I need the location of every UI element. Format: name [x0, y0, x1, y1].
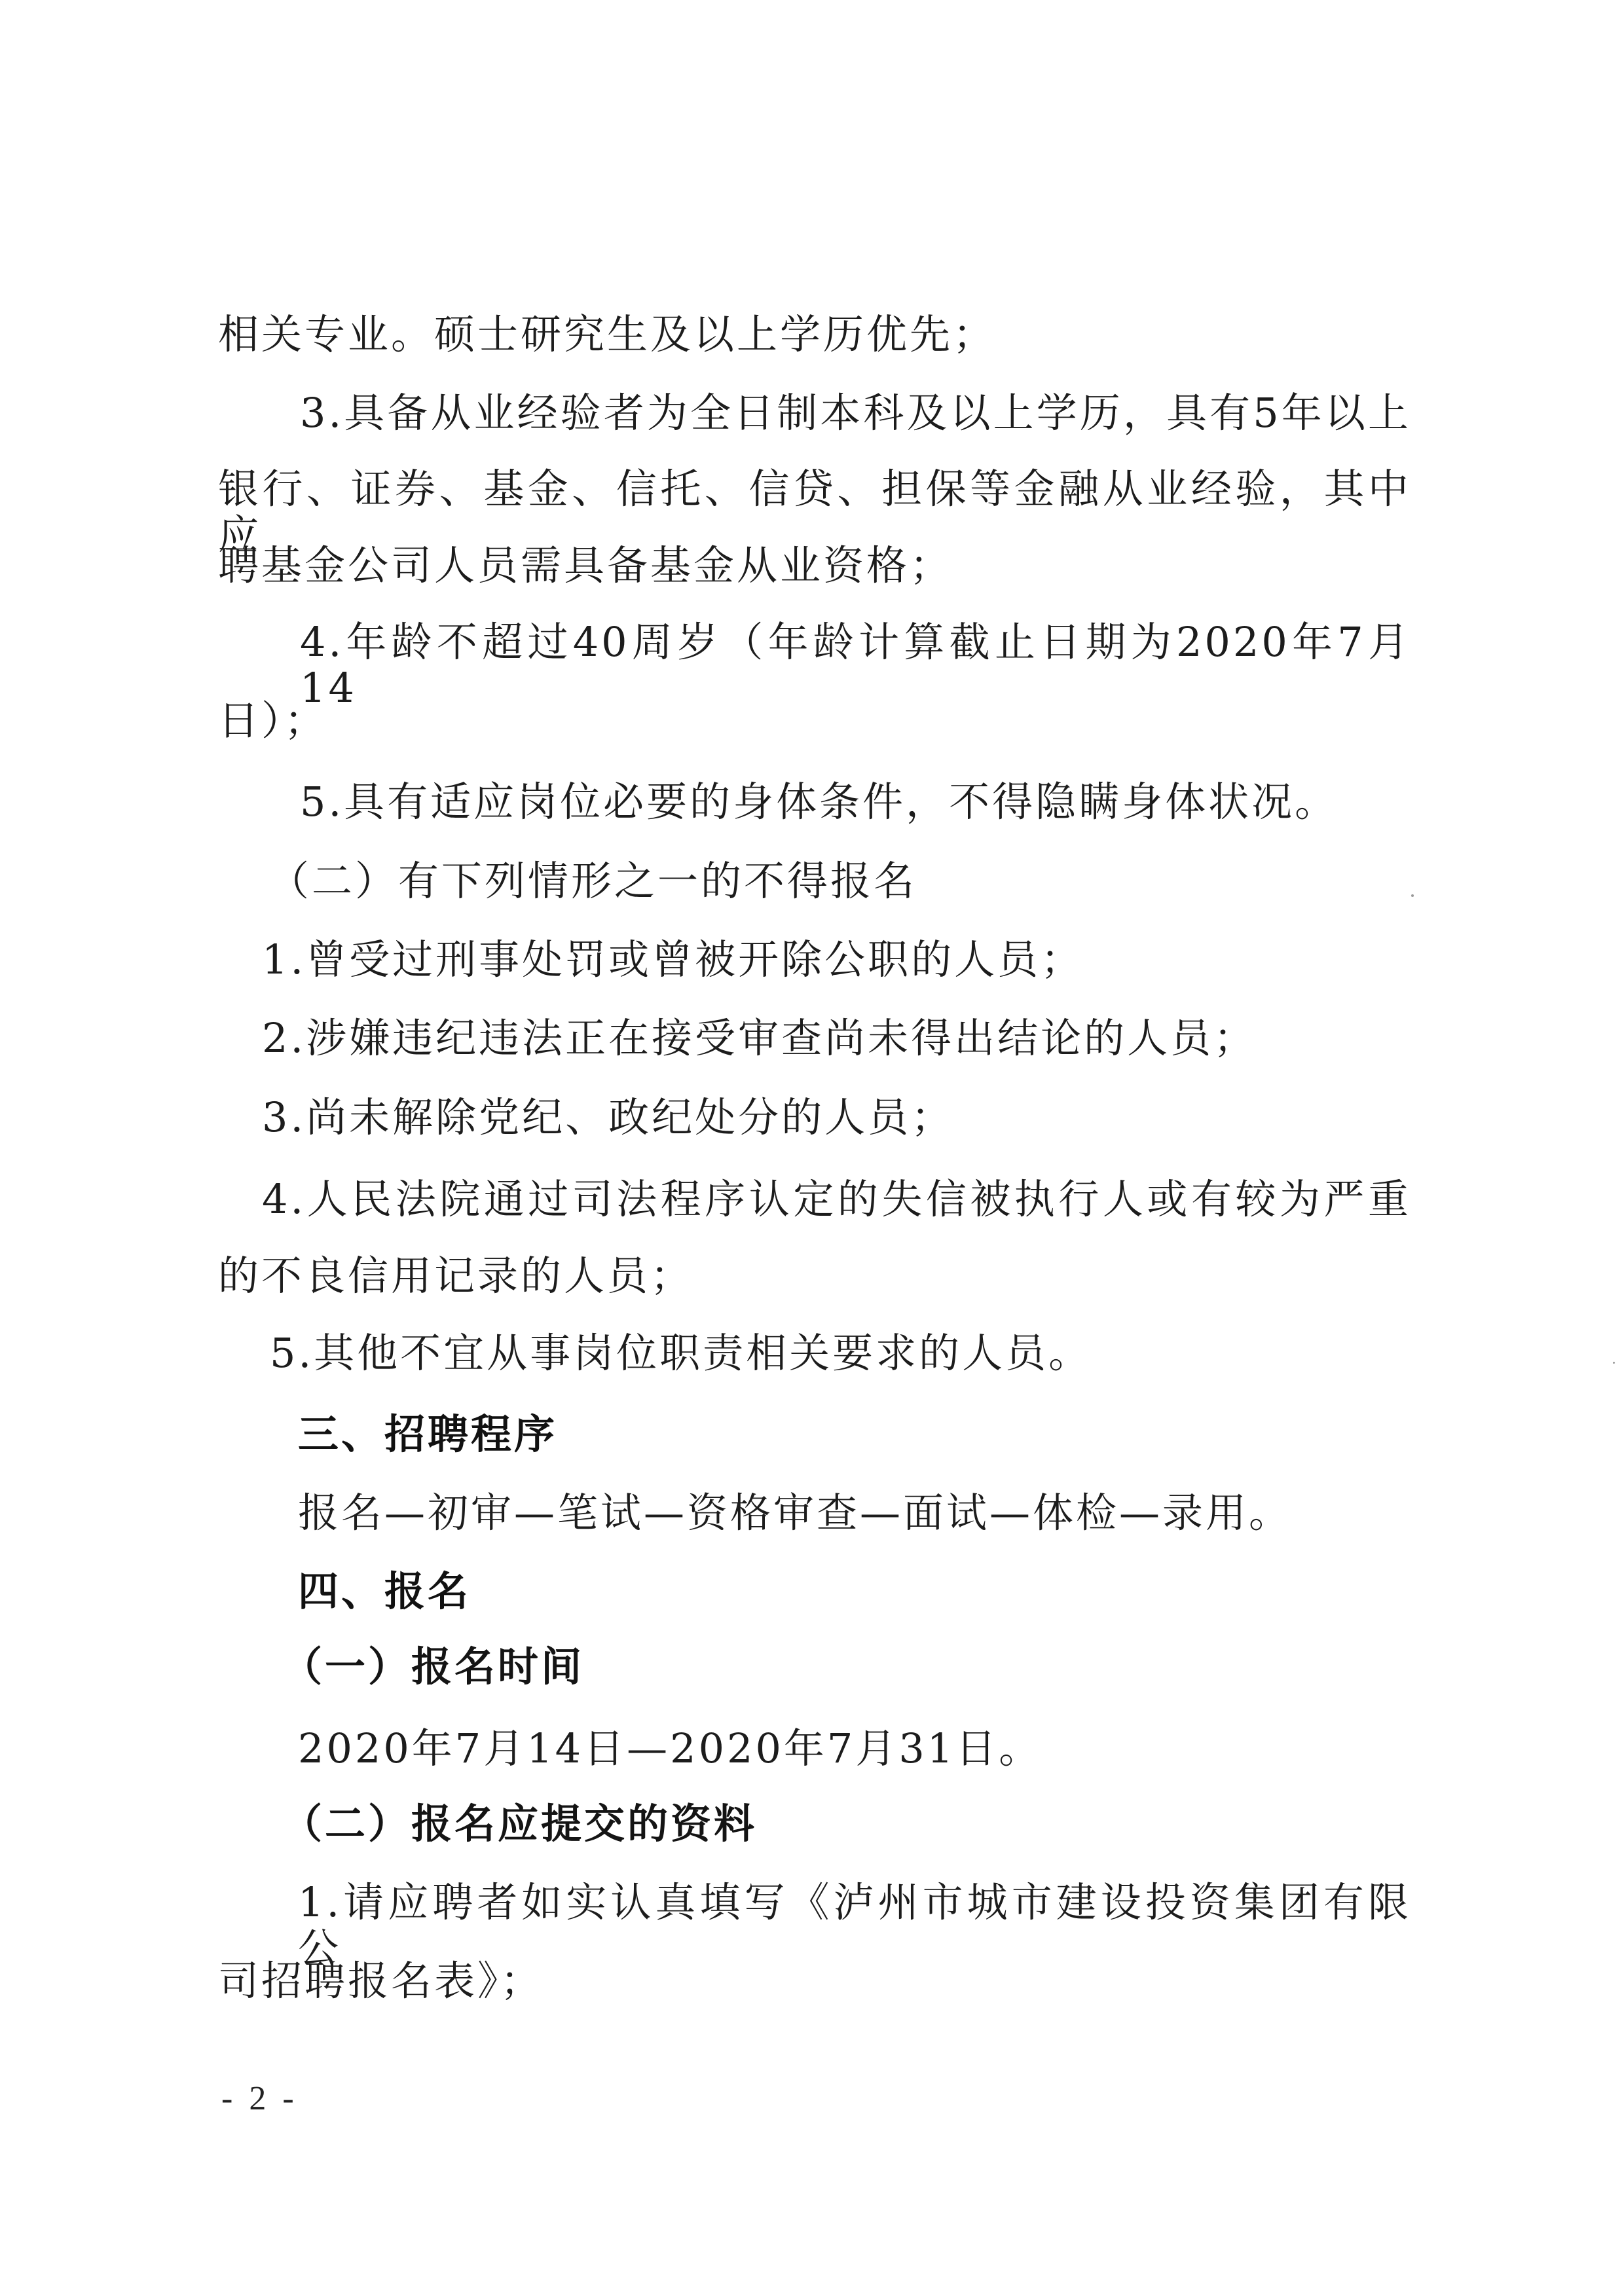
exclusion-item-1: 1.曾受过刑事处罚或曾被开除公职的人员； — [262, 937, 1455, 983]
requirement-item-5: 5.具有适应岗位必要的身体条件，不得隐瞒身体状况。 — [300, 779, 1493, 825]
scan-artifact — [1411, 894, 1414, 897]
requirement-item-3-continued: 银行、证券、基金、信托、信贷、担保等金融从业经验，其中应 — [218, 466, 1411, 512]
exclusion-item-4: 4.人民法院通过司法程序认定的失信被执行人或有较为严重 — [262, 1176, 1411, 1222]
recruitment-procedure-steps: 报名—初审—笔试—资格审查—面试—体检—录用。 — [298, 1490, 1491, 1536]
exclusion-item-2: 2.涉嫌违纪违法正在接受审查尚未得出结论的人员； — [262, 1015, 1455, 1061]
requirement-item-4-continued: 日）； — [218, 698, 1411, 744]
required-material-item-1-continued: 司招聘报名表》； — [218, 1958, 1411, 2004]
exclusion-item-4-continued: 的不良信用记录的人员； — [218, 1253, 1411, 1299]
requirement-item-3: 3.具备从业经验者为全日制本科及以上学历，具有5年以上 — [300, 390, 1411, 436]
paragraph-line: 相关专业。硕士研究生及以上学历优先； — [218, 312, 1411, 357]
exclusion-item-3: 3.尚未解除党纪、政纪处分的人员； — [262, 1095, 1455, 1140]
section-heading-registration: 四、报名 — [298, 1569, 1491, 1614]
subsection-heading-exclusions: （二）有下列情形之一的不得报名 — [268, 858, 1462, 904]
registration-time-value: 2020年7月14日—2020年7月31日。 — [298, 1726, 1491, 1772]
section-heading-recruitment-procedure: 三、招聘程序 — [298, 1412, 1491, 1457]
required-material-item-1: 1.请应聘者如实认真填写《泸州市城市建设投资集团有限公 — [298, 1880, 1411, 1925]
document-page: 相关专业。硕士研究生及以上学历优先； 3.具备从业经验者为全日制本科及以上学历，… — [0, 0, 1624, 2296]
subsection-heading-required-materials: （二）报名应提交的资料 — [282, 1801, 1475, 1847]
page-number: - 2 - — [221, 2079, 298, 2119]
subsection-heading-registration-time: （一）报名时间 — [282, 1644, 1475, 1690]
scan-artifact — [1613, 1362, 1615, 1364]
requirement-item-3-continued: 聘基金公司人员需具备基金从业资格； — [218, 543, 1411, 589]
exclusion-item-5: 5.其他不宜从事岗位职责相关要求的人员。 — [270, 1330, 1463, 1376]
requirement-item-4: 4.年龄不超过40周岁（年龄计算截止日期为2020年7月14 — [300, 619, 1411, 665]
